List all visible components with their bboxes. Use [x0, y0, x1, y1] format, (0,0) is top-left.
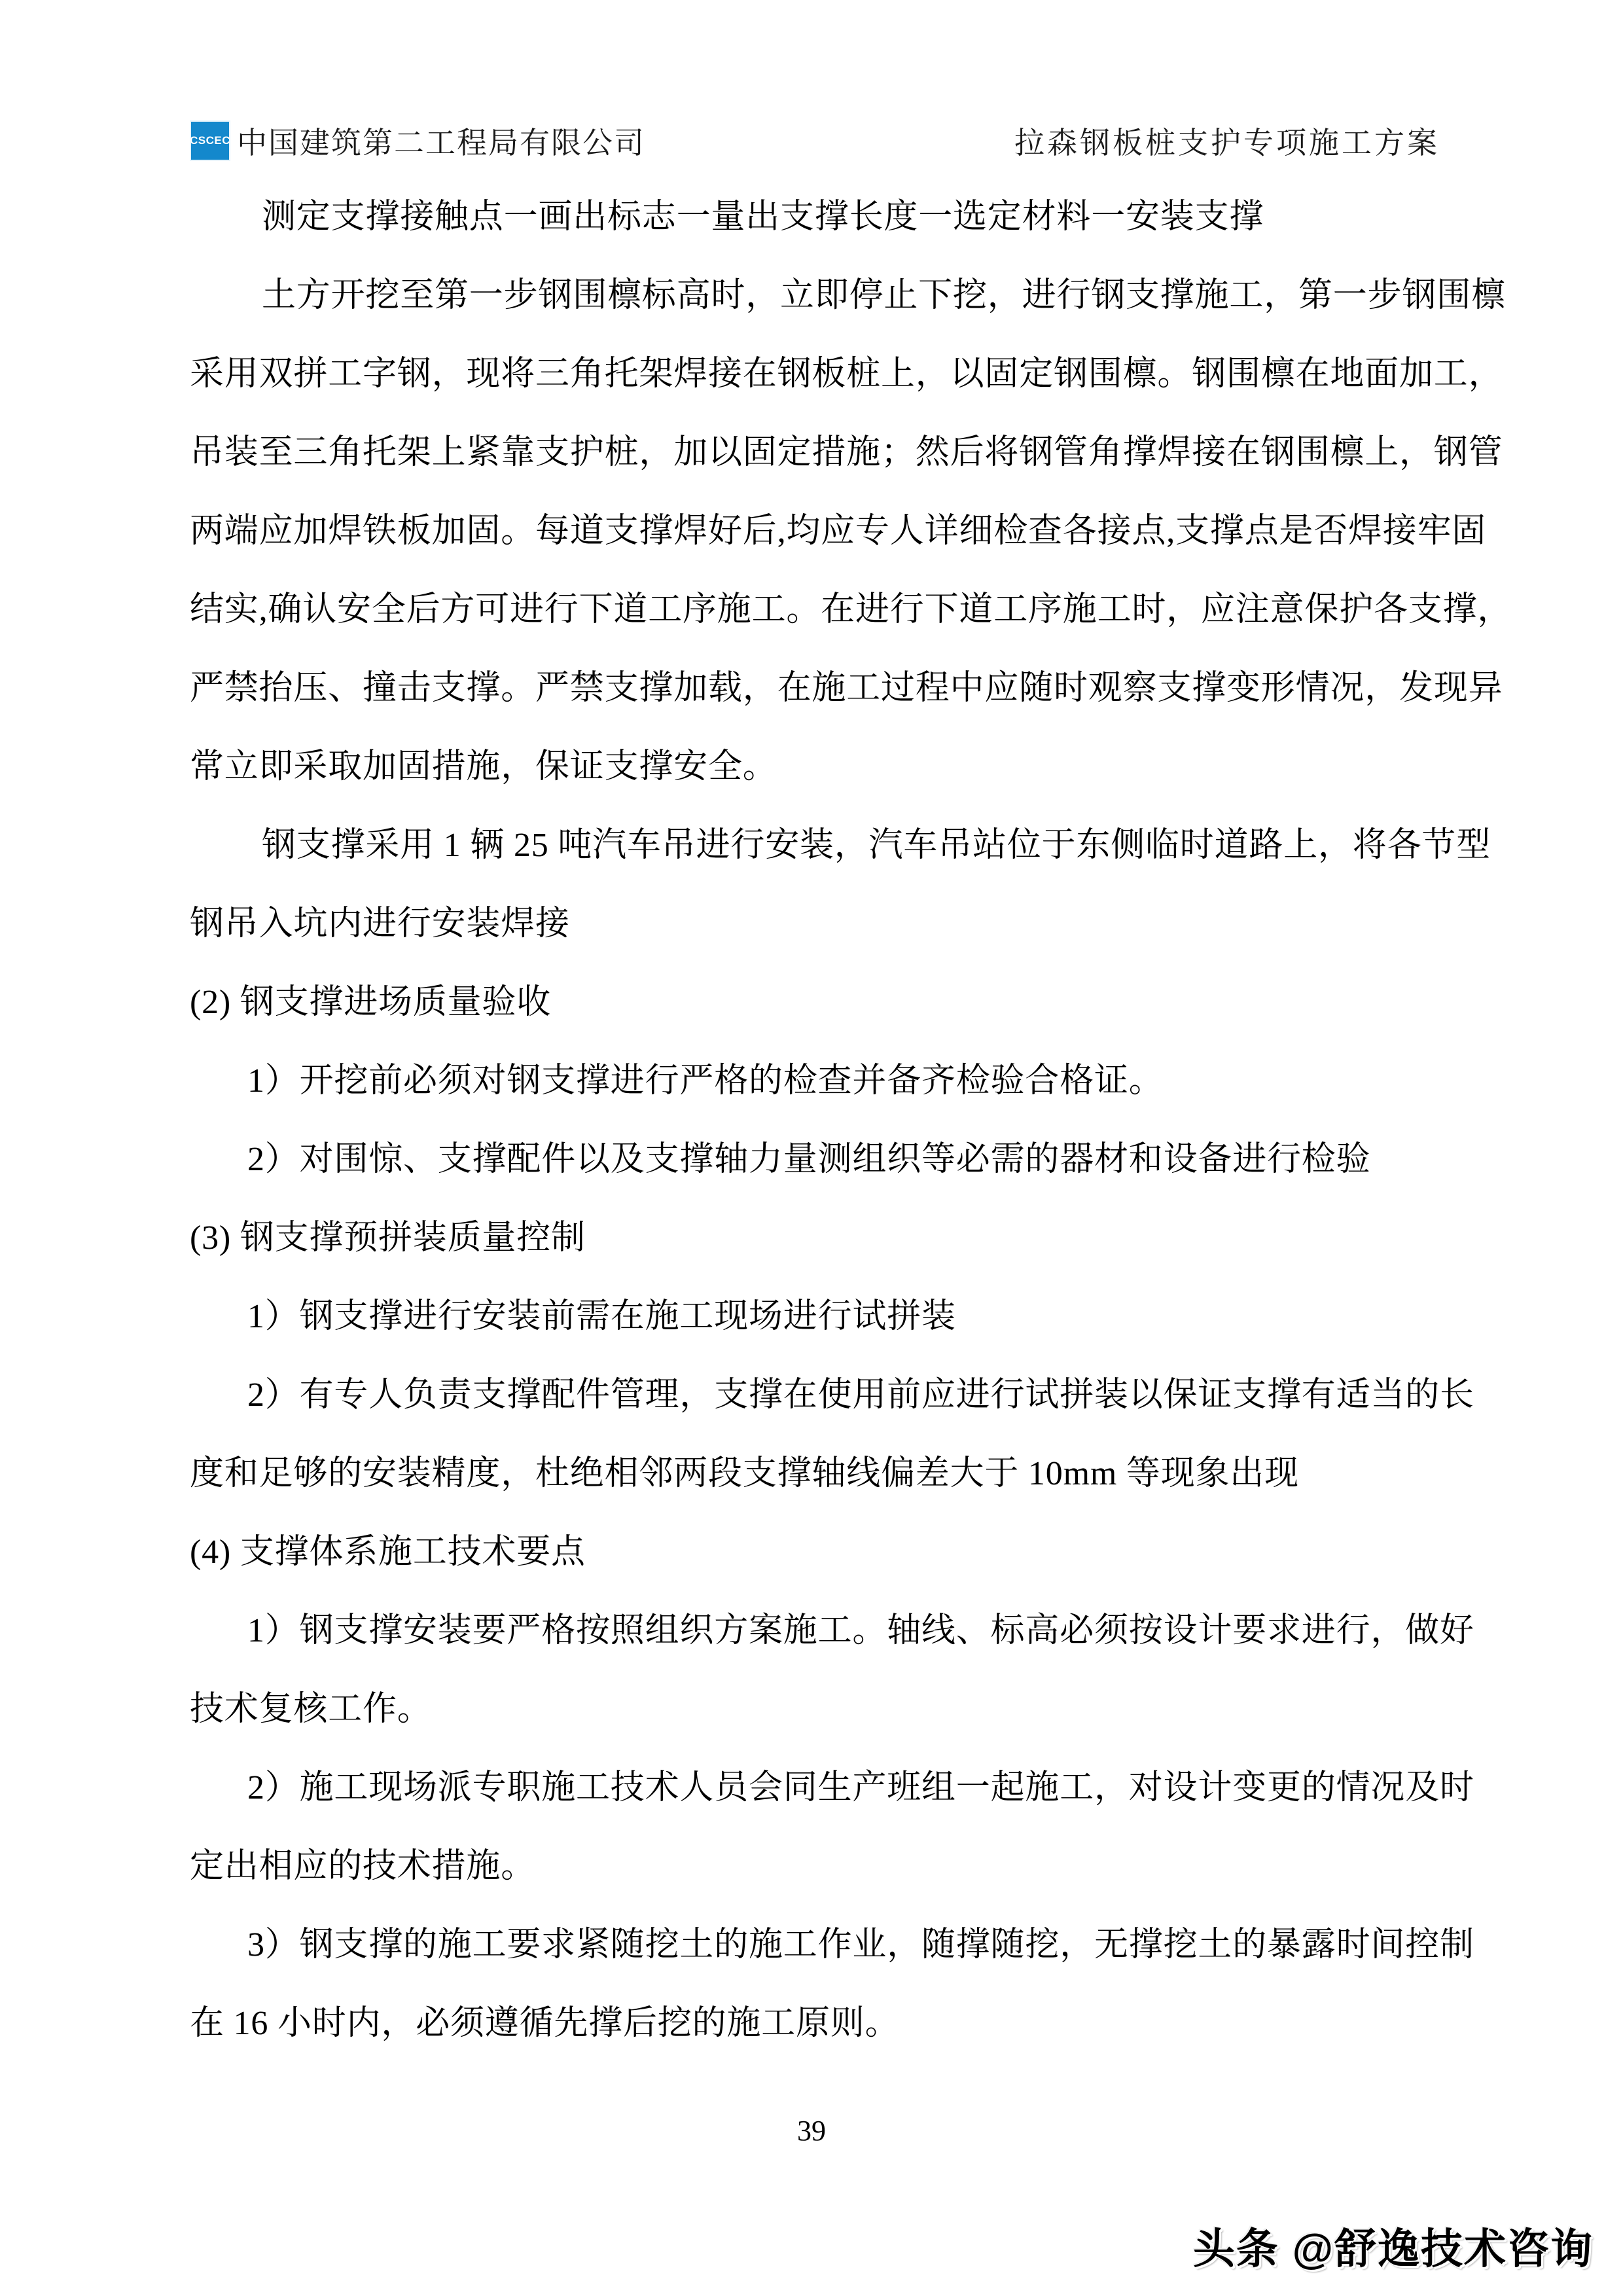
- cscec-logo-icon: CSCEC: [190, 120, 230, 161]
- body-line: 1）钢支撑进行安装前需在施工现场进行试拼装: [190, 1278, 1440, 1356]
- page-header: CSCEC 中国建筑第二工程局有限公司 拉森钢板桩支护专项施工方案: [190, 118, 1440, 164]
- body-line: 土方开挖至第一步钢围檩标高时，立即停止下挖，进行钢支撑施工，第一步钢围檩: [190, 257, 1440, 335]
- body-line: 定出相应的技术措施。: [190, 1827, 1440, 1906]
- body-line: 两端应加焊铁板加固。每道支撑焊好后,均应专人详细检查各接点,支撑点是否焊接牢固: [190, 492, 1440, 571]
- body-line: 1）开挖前必须对钢支撑进行严格的检查并备齐检验合格证。: [190, 1042, 1440, 1121]
- document-body: 测定支撑接触点一画出标志一量出支撑长度一选定材料一安装支撑 土方开挖至第一步钢围…: [190, 178, 1440, 2063]
- body-line: 钢支撑采用 1 辆 25 吨汽车吊进行安装，汽车吊站位于东侧临时道路上，将各节型: [190, 806, 1440, 885]
- body-line: 吊装至三角托架上紧靠支护桩，加以固定措施；然后将钢管角撑焊接在钢围檩上，钢管: [190, 414, 1440, 492]
- list-item-2: (2) 钢支撑进场质量验收: [190, 963, 1440, 1042]
- document-page: CSCEC 中国建筑第二工程局有限公司 拉森钢板桩支护专项施工方案 测定支撑接触…: [0, 0, 1623, 2296]
- body-line: 常立即采取加固措施，保证支撑安全。: [190, 728, 1440, 806]
- body-line: 2）施工现场派专职施工技术人员会同生产班组一起施工，对设计变更的情况及时: [190, 1749, 1440, 1827]
- body-line: 采用双拼工字钢，现将三角托架焊接在钢板桩上，以固定钢围檩。钢围檩在地面加工，: [190, 335, 1440, 414]
- body-line: 钢吊入坑内进行安装焊接: [190, 885, 1440, 963]
- body-line: 度和足够的安装精度，杜绝相邻两段支撑轴线偏差大于 10mm 等现象出现: [190, 1435, 1440, 1513]
- body-line: 测定支撑接触点一画出标志一量出支撑长度一选定材料一安装支撑: [190, 178, 1440, 257]
- header-company-name: 中国建筑第二工程局有限公司: [237, 119, 645, 162]
- header-left: CSCEC 中国建筑第二工程局有限公司: [190, 119, 645, 162]
- list-item-3: (3) 钢支撑预拼装质量控制: [190, 1199, 1440, 1278]
- body-line: 技术复核工作。: [190, 1670, 1440, 1749]
- body-line: 1）钢支撑安装要严格按照组织方案施工。轴线、标高必须按设计要求进行，做好: [190, 1592, 1440, 1670]
- header-doc-title: 拉森钢板桩支护专项施工方案: [1014, 119, 1440, 162]
- body-line: 在 16 小时内，必须遵循先撑后挖的施工原则。: [190, 1984, 1440, 2063]
- list-item-4: (4) 支撑体系施工技术要点: [190, 1513, 1440, 1592]
- body-line: 3）钢支撑的施工要求紧随挖土的施工作业，随撑随挖，无撑挖土的暴露时间控制: [190, 1906, 1440, 1984]
- toutiao-watermark: 头条 @舒逸技术咨询: [1193, 2215, 1594, 2276]
- body-line: 2）有专人负责支撑配件管理，支撑在使用前应进行试拼装以保证支撑有适当的长: [190, 1356, 1440, 1435]
- body-line: 2）对围惊、支撑配件以及支撑轴力量测组织等必需的器材和设备进行检验: [190, 1121, 1440, 1199]
- body-line: 结实,确认安全后方可进行下道工序施工。在进行下道工序施工时，应注意保护各支撑，: [190, 571, 1440, 649]
- body-line: 严禁抬压、撞击支撑。严禁支撑加载，在施工过程中应随时观察支撑变形情况，发现异: [190, 649, 1440, 728]
- page-number: 39: [0, 2114, 1623, 2147]
